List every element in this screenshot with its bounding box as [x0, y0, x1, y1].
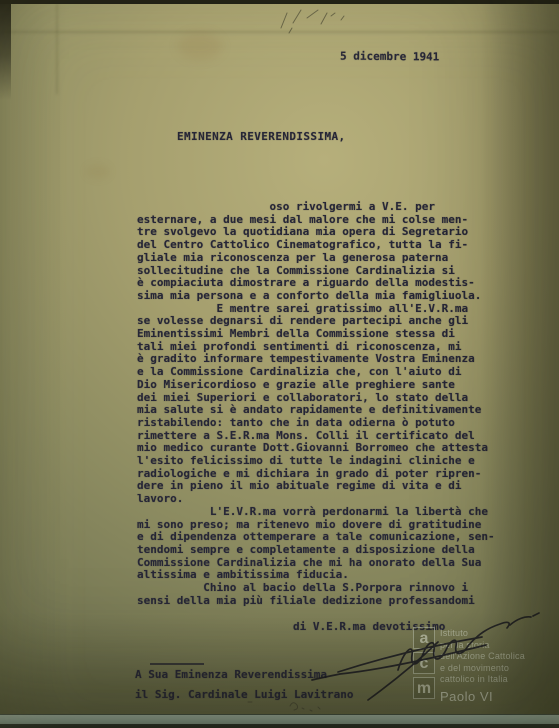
letter-line: del Centro Cattolico Cinematografico, tu…	[137, 239, 495, 252]
letter-salutation: EMINENZA REVERENDISSIMA,	[177, 130, 346, 143]
paper-stain	[86, 164, 110, 179]
scanned-letter-page: 5 dicembre 1941 EMINENZA REVERENDISSIMA,…	[0, 0, 559, 728]
letter-line: Eminentissimi Membri della Commissione s…	[137, 328, 495, 341]
letter-line: gliale mia riconoscenza per la generosa …	[137, 252, 495, 265]
letter-line: e la Commissione Cardinalizia che, con l…	[137, 366, 495, 379]
letter-line: Chino al bacio della S.Porpora rinnovo i	[137, 582, 495, 595]
letter-body: oso rivolgermi a V.E. peresternare, a du…	[137, 201, 495, 608]
scan-bottom-edge	[0, 724, 559, 728]
letter-line: L'E.V.R.ma vorrà perdonarmi la libertà c…	[137, 506, 495, 519]
letter-line: sima mia persona e a conforto della mia …	[137, 290, 495, 303]
scan-top-edge	[0, 0, 559, 4]
letter-line: oso rivolgermi a V.E. per	[137, 201, 495, 214]
addressee-line-1: A Sua Eminenza Reverendissima	[135, 668, 327, 681]
letter-line: sensi della mia più filiale dedizione pr…	[137, 595, 495, 608]
vertical-crease	[56, 2, 58, 94]
addressee-underline-mark	[150, 663, 204, 665]
scan-left-edge-shadow	[0, 0, 11, 100]
letter-line: dere in pieno il mio abituale regime di …	[137, 480, 495, 493]
paper-stain	[178, 32, 222, 60]
letter-date: 5 dicembre 1941	[340, 50, 439, 64]
letter-line: Dio Misericordioso e grazie alle preghie…	[137, 379, 495, 392]
addressee-line-2: il Sig. Cardinale Luigi Lavitrano	[135, 688, 354, 701]
horizontal-crease	[0, 31, 559, 33]
letter-line: l'esito felicissimo di tutte le indagini…	[137, 455, 495, 468]
letter-closing: di V.E.R.ma devotissimo	[293, 620, 445, 633]
letter-line: ristabilendo: tanto che in data odierna …	[137, 417, 495, 430]
letter-line: tendomi sempre e completamente a disposi…	[137, 544, 495, 557]
letter-line: lavoro.	[137, 493, 495, 506]
